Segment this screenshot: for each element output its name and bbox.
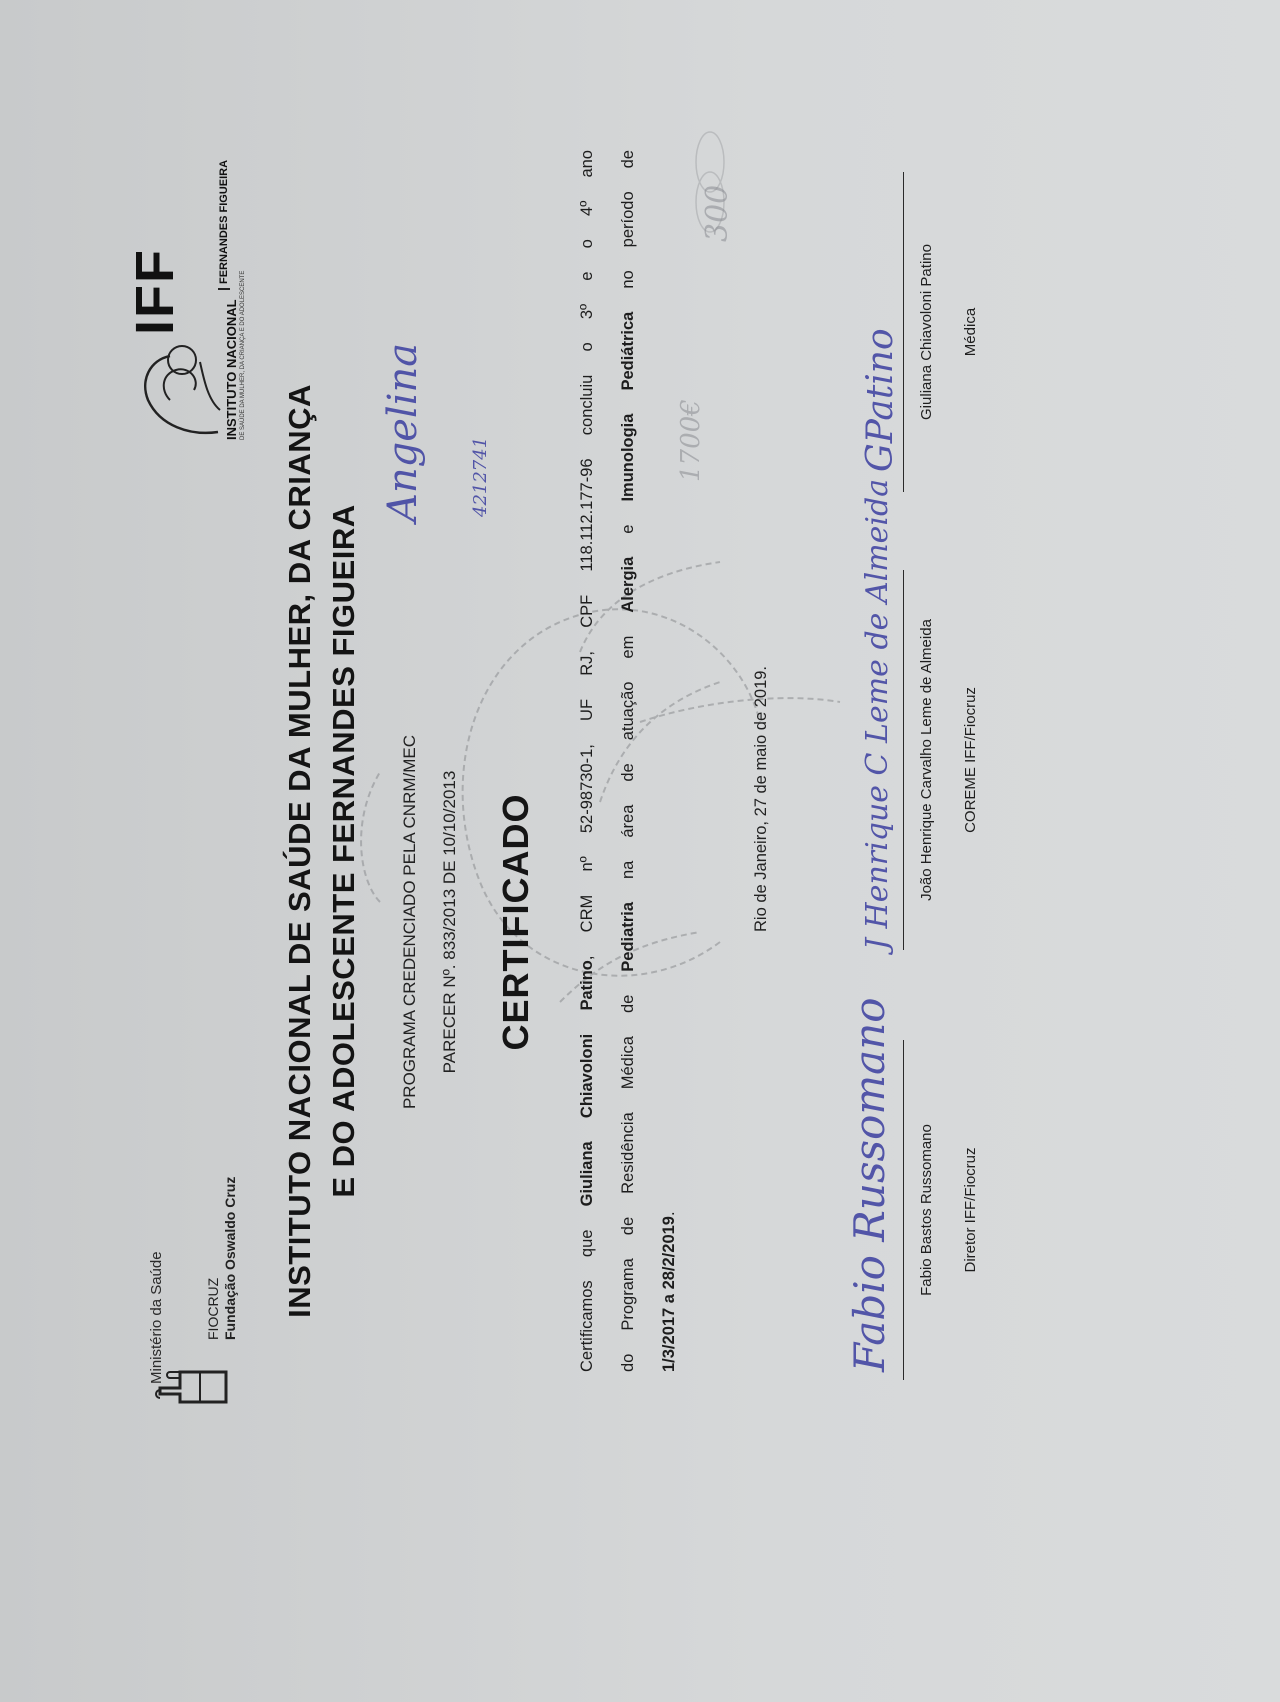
body-line-3: 1/3/2017 a 28/2/2019. bbox=[660, 150, 679, 1372]
recipient-name: Giuliana Chiavoloni Patino bbox=[578, 960, 596, 1206]
signer-name-coreme: João Henrique Carvalho Leme de Almeida bbox=[918, 570, 935, 950]
iff-logo: IFF INSTITUTO NACIONAL FERNANDES FIGUEIR… bbox=[130, 140, 250, 440]
signer-role-medica: Médica bbox=[962, 172, 979, 492]
pencil-note-2: 1700€ bbox=[676, 399, 706, 482]
period-dates: 1/3/2017 a 28/2/2019 bbox=[660, 1216, 678, 1372]
signature-coreme-scribble: J Henrique C Leme de Almeida bbox=[860, 479, 895, 950]
signer-role-director: Diretor IFF/Fiocruz bbox=[962, 1040, 979, 1380]
iff-logo-tiny: DE SAÚDE DA MULHER, DA CRIANÇA E DO ADOL… bbox=[240, 271, 246, 440]
iff-logo-text: IFF bbox=[124, 248, 186, 335]
iff-logo-subtitle-2: FERNANDES FIGUEIRA bbox=[218, 160, 230, 290]
body-line-2: do Programa de Residência Médica de Pedi… bbox=[619, 150, 638, 1372]
signer-role-coreme: COREME IFF/Fiocruz bbox=[962, 570, 979, 950]
signer-name-director: Fabio Bastos Russomano bbox=[918, 1040, 935, 1380]
fiocruz-full: Fundação Oswaldo Cruz bbox=[222, 1177, 239, 1340]
fiocruz-short: FIOCRUZ bbox=[205, 1177, 222, 1340]
place-and-date: Rio de Janeiro, 27 de maio de 2019. bbox=[752, 666, 771, 932]
area-alergia: Alergia bbox=[619, 557, 637, 613]
body-line-1: Certificamos que Giuliana Chiavoloni Pat… bbox=[578, 150, 597, 1372]
pencil-note: 300 bbox=[700, 185, 735, 242]
signer-name-medica: Giuliana Chiavoloni Patino bbox=[918, 172, 935, 492]
certificate-heading: CERTIFICADO bbox=[495, 142, 537, 1702]
fiocruz-label: FIOCRUZ Fundação Oswaldo Cruz bbox=[205, 1177, 239, 1340]
signature-line-medica bbox=[903, 172, 904, 492]
program-pediatria: Pediatria bbox=[619, 902, 637, 972]
registry-number: 4212741 bbox=[470, 437, 491, 517]
institution-title-line-1: INSTITUTO NACIONAL DE SAÚDE DA MULHER, D… bbox=[282, 0, 318, 1702]
area-imunologia: Imunologia Pediátrica bbox=[619, 312, 637, 502]
iff-logo-subtitle: INSTITUTO NACIONAL bbox=[224, 299, 239, 440]
institution-title-line-2: E DO ADOLESCENTE FERNANDES FIGUEIRA bbox=[326, 0, 362, 1702]
signature-director-scribble: Fabio Russomano bbox=[845, 997, 894, 1372]
signature-medica-scribble: GPatino bbox=[860, 328, 901, 472]
ministerio-label: Ministério da Saúde bbox=[148, 1251, 165, 1384]
signature-line-coreme bbox=[903, 570, 904, 950]
registry-signature: Angelina bbox=[380, 343, 426, 522]
signature-line-director bbox=[903, 1040, 904, 1380]
mother-child-icon bbox=[130, 330, 225, 440]
certificate-sheet: Ministério da Saúde FIOCRUZ Fundação Osw… bbox=[0, 0, 1280, 1702]
parecer-number: PARECER Nº. 833/2013 DE 10/10/2013 bbox=[440, 142, 460, 1702]
